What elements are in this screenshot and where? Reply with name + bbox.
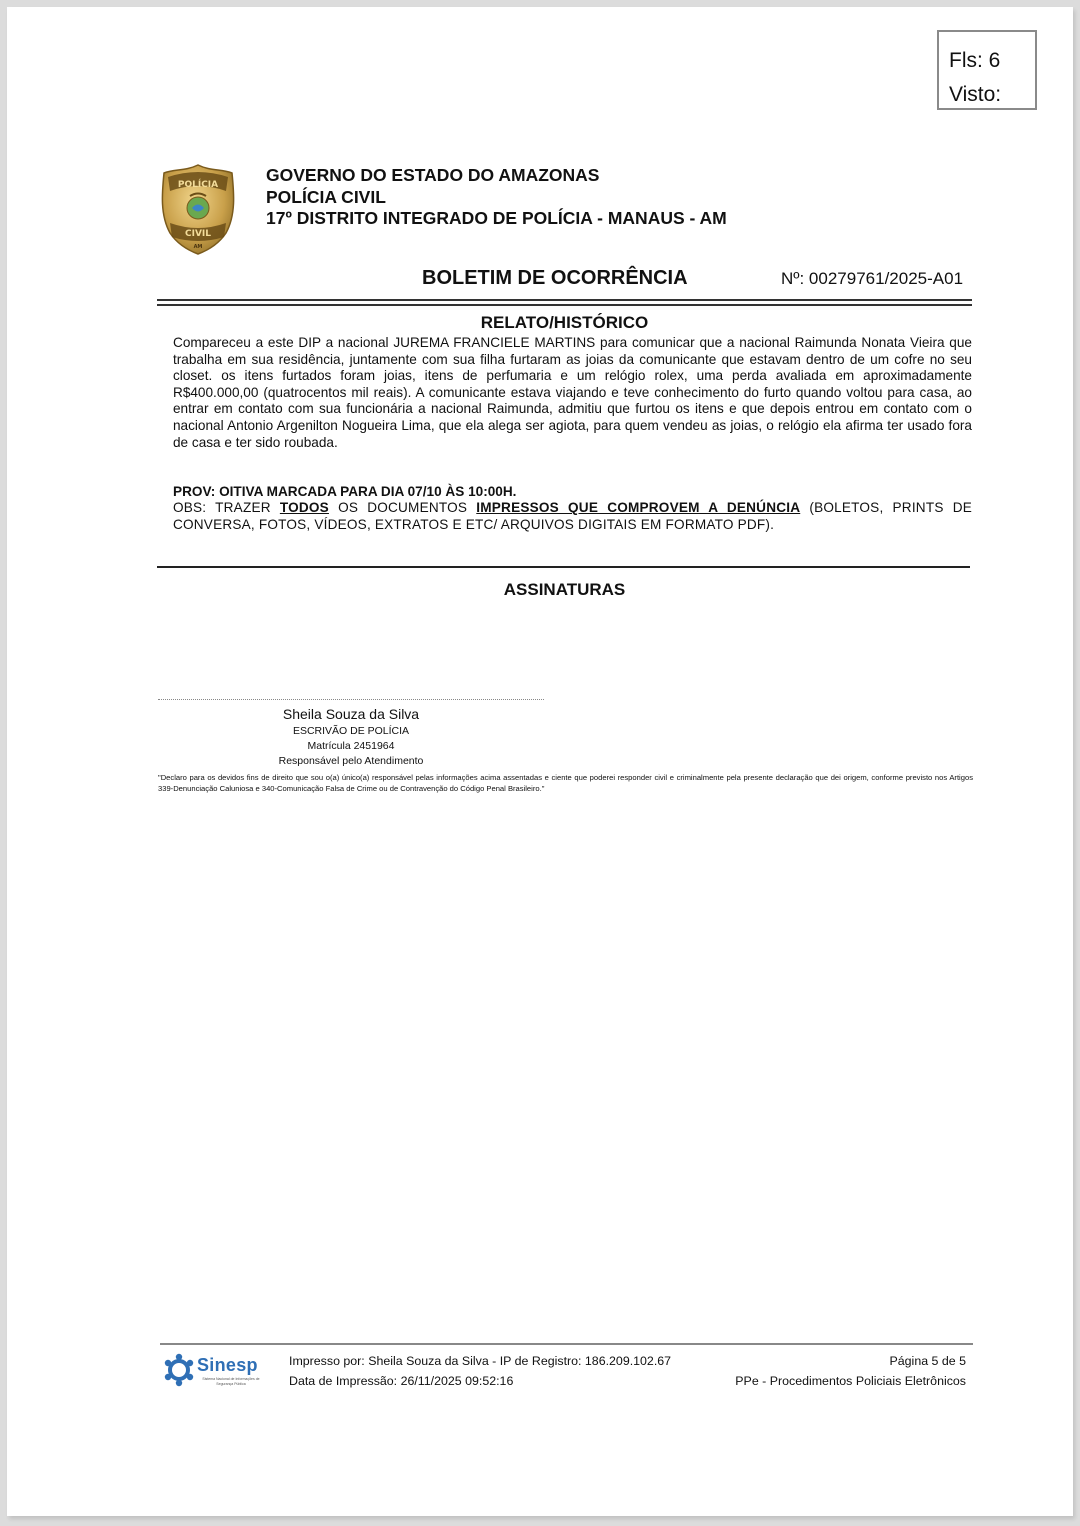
observation-note: OBS: TRAZER TODOS OS DOCUMENTOS IMPRESSO…: [173, 500, 972, 534]
printed-by: Impresso por: Sheila Souza da Silva - IP…: [289, 1351, 671, 1371]
sinesp-tagline: Sistema Nacional de Informações de Segur…: [195, 1377, 267, 1386]
page-number: Página 5 de 5: [687, 1351, 966, 1371]
sinesp-gear-icon: [163, 1353, 195, 1387]
occurrence-number: Nº: 00279761/2025-A01: [781, 269, 963, 289]
signer-name: Sheila Souza da Silva: [158, 705, 544, 724]
signatures-divider: [157, 566, 970, 568]
visto-label: Visto:: [949, 78, 1035, 112]
legal-declaration: "Declaro para os devidos fins de direito…: [158, 773, 973, 794]
obs-prefix: OBS: TRAZER: [173, 500, 280, 515]
signature-line: [158, 699, 544, 700]
document-page: Fls: 6 Visto: POLÍCIA CIVIL AM GOVERNO D…: [7, 7, 1073, 1516]
institution-header: GOVERNO DO ESTADO DO AMAZONAS POLÍCIA CI…: [266, 165, 727, 230]
svg-text:POLÍCIA: POLÍCIA: [178, 178, 218, 190]
obs-emphasis-todos: TODOS: [280, 500, 329, 515]
signer-block: Sheila Souza da Silva ESCRIVÃO DE POLÍCI…: [158, 705, 544, 769]
agency-name: POLÍCIA CIVIL: [266, 187, 727, 209]
print-date: Data de Impressão: 26/11/2025 09:52:16: [289, 1371, 671, 1391]
folha-visto-box: Fls: 6 Visto:: [937, 30, 1037, 110]
system-name: PPe - Procedimentos Policiais Eletrônico…: [687, 1371, 966, 1391]
obs-emphasis-impressos: IMPRESSOS QUE COMPROVEM A DENÚNCIA: [476, 500, 800, 515]
footer-divider: [160, 1343, 973, 1345]
sinesp-wordmark: Sinesp: [197, 1355, 258, 1376]
obs-middle: OS DOCUMENTOS: [329, 500, 476, 515]
signer-role: ESCRIVÃO DE POLÍCIA: [158, 724, 544, 739]
relato-body: Compareceu a este DIP a nacional JUREMA …: [173, 335, 972, 451]
folha-number: Fls: 6: [949, 44, 1035, 78]
document-title: BOLETIM DE OCORRÊNCIA: [422, 267, 688, 290]
page-info-block: Página 5 de 5 PPe - Procedimentos Polici…: [687, 1351, 966, 1391]
signatures-heading: ASSINATURAS: [157, 580, 972, 600]
government-name: GOVERNO DO ESTADO DO AMAZONAS: [266, 165, 727, 187]
title-divider: [157, 299, 972, 306]
relato-heading: RELATO/HISTÓRICO: [157, 313, 972, 333]
sinesp-logo: Sinesp Sistema Nacional de Informações d…: [163, 1353, 273, 1391]
district-name: 17º DISTRITO INTEGRADO DE POLÍCIA - MANA…: [266, 208, 727, 230]
provision-note: PROV: OITIVA MARCADA PARA DIA 07/10 ÀS 1…: [173, 484, 972, 501]
policia-civil-badge-icon: POLÍCIA CIVIL AM: [160, 163, 236, 255]
svg-text:AM: AM: [194, 244, 203, 250]
signer-matricula: Matrícula 2451964: [158, 739, 544, 754]
print-info: Impresso por: Sheila Souza da Silva - IP…: [289, 1351, 671, 1391]
svg-text:CIVIL: CIVIL: [185, 229, 211, 239]
signer-responsibility: Responsável pelo Atendimento: [158, 754, 544, 769]
